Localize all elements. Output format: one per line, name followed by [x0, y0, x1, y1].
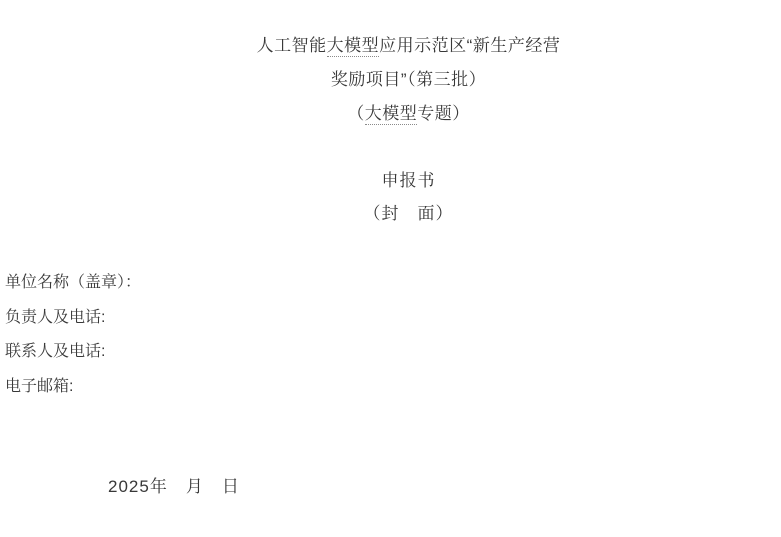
title-line-1-post: 应用示范区“新生产经营 — [379, 36, 560, 55]
field-contact-person-phone: 联系人及电话: — [5, 335, 141, 370]
title-line-2: 奖励项目”（第三批） — [36, 63, 781, 97]
title-line-3-spellcheck-underlined: 大模型 — [365, 104, 418, 125]
title-line-1-pre: 人工智能 — [257, 36, 327, 55]
cover-page-label: （封 面） — [36, 197, 781, 230]
doc-type-label: 申报书 — [36, 164, 781, 197]
document-title: 人工智能大模型应用示范区“新生产经营 奖励项目”（第三批） （大模型专题） — [36, 29, 781, 131]
field-email: 电子邮箱: — [5, 370, 141, 405]
title-line-1-spellcheck-underlined: 大模型 — [327, 36, 380, 57]
title-line-3-pre: （ — [347, 104, 365, 123]
field-unit-name-seal: 单位名称（盖章）： — [5, 266, 141, 301]
cover-form-fields: 单位名称（盖章）： 负责人及电话: 联系人及电话: 电子邮箱: — [5, 266, 141, 404]
title-line-3-post: 专题） — [417, 104, 470, 123]
field-person-in-charge-phone: 负责人及电话: — [5, 301, 141, 336]
title-line-1: 人工智能大模型应用示范区“新生产经营 — [36, 29, 781, 63]
date-line: 2025年 月 日 — [108, 470, 240, 503]
document-page: 人工智能大模型应用示范区“新生产经营 奖励项目”（第三批） （大模型专题） 申报… — [0, 0, 781, 537]
title-line-3: （大模型专题） — [36, 97, 781, 131]
document-subtitle: 申报书 （封 面） — [36, 164, 781, 230]
